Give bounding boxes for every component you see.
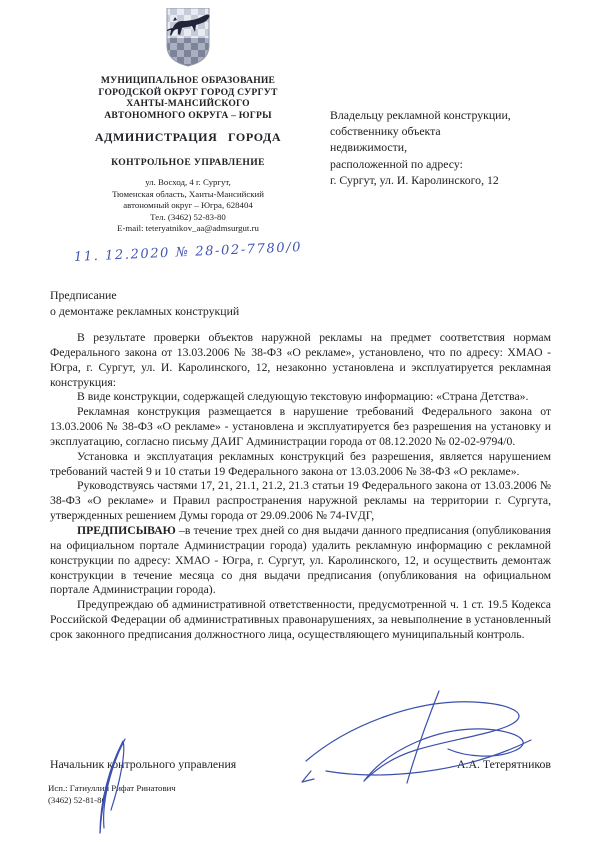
document-title-line2: о демонтаже рекламных конструкций xyxy=(50,304,239,320)
org-name-line: ХАНТЫ-МАНСИЙСКОГО xyxy=(40,98,336,110)
contact-block: ул. Восход, 4 г. Сургут, Тюменская облас… xyxy=(40,177,336,234)
coat-of-arms-icon xyxy=(156,8,220,68)
document-title-line1: Предписание xyxy=(50,288,239,304)
paragraph-warning: Предупреждаю об административной ответст… xyxy=(50,598,551,643)
recipient-line: расположенной по адресу: xyxy=(330,156,562,172)
administration-title: АДМИНИСТРАЦИЯ ГОРОДА xyxy=(40,130,336,145)
recipient-block: Владельцу рекламной конструкции, собстве… xyxy=(330,107,562,188)
order-keyword: ПРЕДПИСЫВАЮ xyxy=(77,524,176,537)
address-line: Тюменская область, Ханты-Мансийский xyxy=(40,189,336,200)
signer-position: Начальник контрольного управления xyxy=(50,757,236,772)
document-body: В результате проверки объектов наружной … xyxy=(50,331,551,643)
paragraph-violation: Рекламная конструкция размещается в нару… xyxy=(50,405,551,450)
phone-line: Тел. (3462) 52-83-80 xyxy=(40,212,336,223)
recipient-line: недвижимости, xyxy=(330,139,562,155)
document-title: Предписание о демонтаже рекламных констр… xyxy=(50,288,239,319)
letterhead: МУНИЦИПАЛЬНОЕ ОБРАЗОВАНИЕ ГОРОДСКОЙ ОКРУ… xyxy=(40,8,336,260)
document-page: МУНИЦИПАЛЬНОЕ ОБРАЗОВАНИЕ ГОРОДСКОЙ ОКРУ… xyxy=(0,0,595,842)
address-line: автономный округ – Югра, 628404 xyxy=(40,200,336,211)
paragraph-guided: Руководствуясь частями 17, 21, 21.1, 21.… xyxy=(50,479,551,524)
paragraph-order: ПРЕДПИСЫВАЮ –в течение трех дней со дня … xyxy=(50,524,551,598)
handwritten-date-number: 11. 12.2020 № 28-02-7780/0 xyxy=(40,239,336,267)
executor-ink-stroke xyxy=(80,736,140,836)
org-name-line: АВТОНОМНОГО ОКРУГА – ЮГРЫ xyxy=(40,110,336,122)
address-line: ул. Восход, 4 г. Сургут, xyxy=(40,177,336,188)
recipient-address: г. Сургут, ул. И. Каролинского, 12 xyxy=(330,172,562,188)
recipient-line: собственнику объекта xyxy=(330,123,562,139)
recipient-line: Владельцу рекламной конструкции, xyxy=(330,107,562,123)
director-signature-ink xyxy=(298,683,538,793)
org-name-line: МУНИЦИПАЛЬНОЕ ОБРАЗОВАНИЕ xyxy=(40,75,336,87)
paragraph-basis: Установка и эксплуатация рекламных конст… xyxy=(50,450,551,480)
org-name-line: ГОРОДСКОЙ ОКРУГ ГОРОД СУРГУТ xyxy=(40,87,336,99)
paragraph-intro: В результате проверки объектов наружной … xyxy=(50,331,551,390)
department-title: КОНТРОЛЬНОЕ УПРАВЛЕНИЕ xyxy=(40,157,336,168)
email-line: E-mail: teteryatnikov_aa@admsurgut.ru xyxy=(40,223,336,234)
paragraph-construction: В виде конструкции, содержащей следующую… xyxy=(50,390,551,405)
